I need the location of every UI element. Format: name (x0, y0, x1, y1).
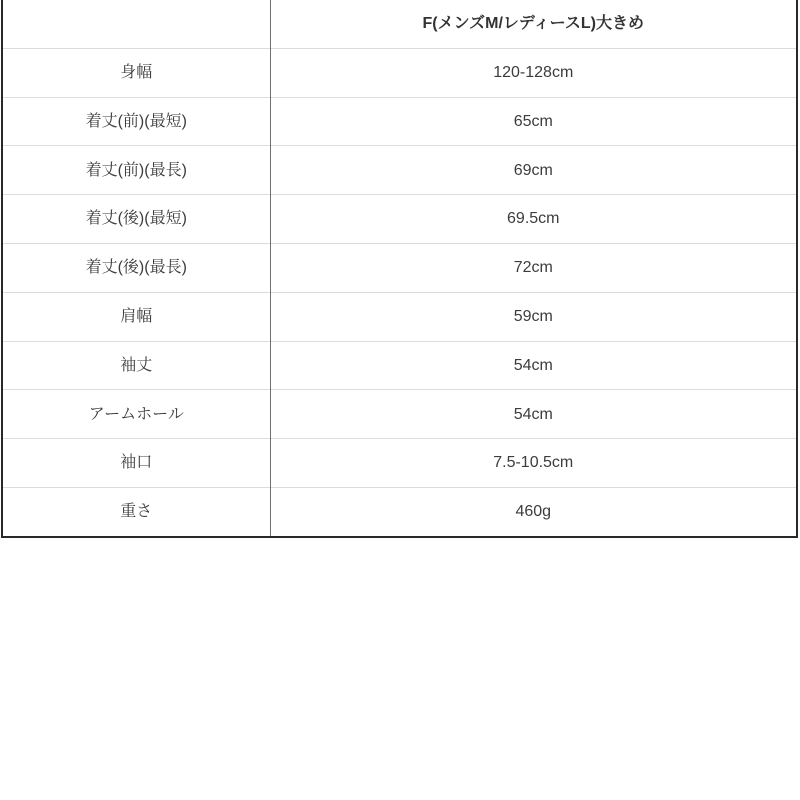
row-label: 身幅 (2, 48, 270, 97)
row-label: 袖口 (2, 439, 270, 488)
row-value: 72cm (270, 243, 797, 292)
table-row: 身幅 120-128cm (2, 48, 797, 97)
table-row: 着丈(後)(最長) 72cm (2, 243, 797, 292)
table-row: アームホール 54cm (2, 390, 797, 439)
row-label: 着丈(後)(最長) (2, 243, 270, 292)
size-spec-table: F(メンズM/レディースL)大きめ 身幅 120-128cm 着丈(前)(最短)… (1, 0, 798, 538)
row-label: 着丈(前)(最長) (2, 146, 270, 195)
row-label: アームホール (2, 390, 270, 439)
header-size-label: F(メンズM/レディースL)大きめ (270, 0, 797, 48)
row-value: 120-128cm (270, 48, 797, 97)
table-row: 着丈(前)(最短) 65cm (2, 97, 797, 146)
row-value: 54cm (270, 390, 797, 439)
table-row: 肩幅 59cm (2, 292, 797, 341)
row-value: 59cm (270, 292, 797, 341)
row-value: 65cm (270, 97, 797, 146)
row-label: 肩幅 (2, 292, 270, 341)
table-row: 着丈(前)(最長) 69cm (2, 146, 797, 195)
row-label: 袖丈 (2, 341, 270, 390)
table-row: 袖丈 54cm (2, 341, 797, 390)
header-corner-cell (2, 0, 270, 48)
row-value: 7.5-10.5cm (270, 439, 797, 488)
table-row: 袖口 7.5-10.5cm (2, 439, 797, 488)
row-label: 重さ (2, 487, 270, 536)
row-value: 460g (270, 487, 797, 536)
row-label: 着丈(前)(最短) (2, 97, 270, 146)
row-label: 着丈(後)(最短) (2, 195, 270, 244)
size-table-header-row: F(メンズM/レディースL)大きめ (2, 0, 797, 48)
blank-area (0, 538, 800, 799)
row-value: 69.5cm (270, 195, 797, 244)
row-value: 69cm (270, 146, 797, 195)
table-row: 重さ 460g (2, 487, 797, 536)
table-row: 着丈(後)(最短) 69.5cm (2, 195, 797, 244)
row-value: 54cm (270, 341, 797, 390)
